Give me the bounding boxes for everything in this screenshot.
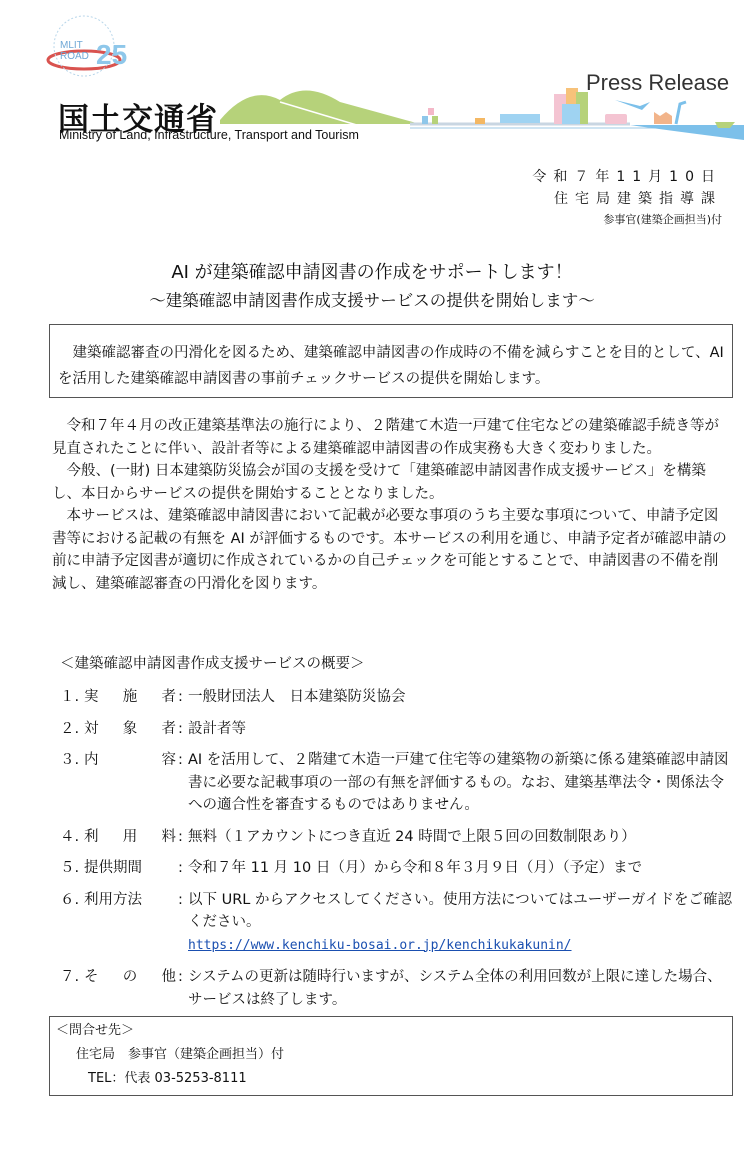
body-paragraph: 今般、(一財) 日本建築防災協会が国の支援を受けて「建築確認申請図書作成支援サー… — [52, 460, 732, 505]
overview-list: １. 実施者 : 一般財団法人 日本建築防災協会 ２. 対象者 : 設計者等 ３… — [60, 686, 735, 1020]
release-meta: 令和７年11月10日 住宅局建築指導課 参事官(建築企画担当)付 — [532, 166, 722, 230]
item-value: 令和７年 11 月 10 日（月）から令和８年３月９日（月）（予定）まで — [188, 857, 735, 880]
body-text: 令和７年４月の改正建築基準法の施行により、２階建て木造一戸建て住宅などの建築確認… — [52, 415, 732, 595]
item-label: 対象者 — [84, 718, 178, 741]
item-label: 内容 — [84, 749, 178, 817]
overview-item-content: ３. 内容 : AI を活用して、２階建て木造一戸建て住宅等の建築物の新築に係る… — [60, 749, 735, 817]
item-number: ６. — [60, 889, 84, 958]
summary-text: 建築確認審査の円滑化を図るため、建築確認申請図書の作成時の不備を減らすことを目的… — [58, 340, 724, 392]
overview-item-period: ５. 提供期間 : 令和７年 11 月 10 日（月）から令和８年３月９日（月）… — [60, 857, 735, 880]
item-value: AI を活用して、２階建て木造一戸建て住宅等の建築物の新築に係る建築確認申請図書… — [188, 749, 735, 817]
body-paragraph: 本サービスは、建築確認申請図書において記載が必要な事項のうち主要な事項について、… — [52, 505, 732, 595]
item-value: 無料（１アカウントにつき直近 24 時間で上限５回の回数制限あり） — [188, 826, 735, 849]
contact-phone: TEL：代表 03-5253-8111 — [56, 1067, 726, 1091]
overview-heading: ＜建築確認申請図書作成支援サービスの概要＞ — [60, 652, 365, 673]
item-label: 実施者 — [84, 686, 178, 709]
svg-text:MLIT: MLIT — [60, 40, 83, 51]
item-number: ２. — [60, 718, 84, 741]
item-number: ７. — [60, 966, 84, 1011]
service-url-link[interactable]: https://www.kenchiku-bosai.or.jp/kenchik… — [188, 938, 572, 953]
item-label: その他 — [84, 966, 178, 1011]
page-subtitle: ～建築確認申請図書作成支援サービスの提供を開始します～ — [0, 287, 744, 311]
item-label: 提供期間 — [84, 857, 178, 880]
contact-department: 住宅局 参事官（建築企画担当）付 — [56, 1043, 726, 1067]
svg-text:ROAD: ROAD — [60, 51, 89, 62]
summary-box: 建築確認審査の円滑化を図るため、建築確認申請図書の作成時の不備を減らすことを目的… — [49, 324, 733, 398]
item-number: ４. — [60, 826, 84, 849]
item-number: ３. — [60, 749, 84, 817]
item-label: 利用料 — [84, 826, 178, 849]
contact-box: ＜問合せ先＞ 住宅局 参事官（建築企画担当）付 TEL：代表 03-5253-8… — [49, 1016, 733, 1096]
page-title: AI が建築確認申請図書の作成をサポートします！ — [0, 258, 744, 284]
press-release-label: Press Release — [586, 70, 729, 96]
item-value: 設計者等 — [188, 718, 735, 741]
item-value: システムの更新は随時行いますが、システム全体の利用回数が上限に達した場合、サービ… — [188, 966, 735, 1011]
body-paragraph: 令和７年４月の改正建築基準法の施行により、２階建て木造一戸建て住宅などの建築確認… — [52, 415, 732, 460]
overview-item-implementer: １. 実施者 : 一般財団法人 日本建築防災協会 — [60, 686, 735, 709]
item-value: 一般財団法人 日本建築防災協会 — [188, 686, 735, 709]
overview-item-usage: ６. 利用方法 : 以下 URL からアクセスしてください。使用方法についてはユ… — [60, 889, 735, 958]
release-date: 令和７年11月10日 — [532, 166, 722, 188]
overview-item-other: ７. その他 : システムの更新は随時行いますが、システム全体の利用回数が上限に… — [60, 966, 735, 1011]
issuing-bureau: 住宅局建築指導課 — [532, 188, 722, 210]
overview-item-target: ２. 対象者 : 設計者等 — [60, 718, 735, 741]
item-value: 以下 URL からアクセスしてください。使用方法についてはユーザーガイドをご確認… — [188, 889, 735, 958]
item-number: １. — [60, 686, 84, 709]
issuing-office: 参事官(建築企画担当)付 — [532, 210, 722, 230]
item-number: ５. — [60, 857, 84, 880]
svg-text:25: 25 — [96, 39, 127, 70]
mlit-25-logo: MLIT ROAD 25 — [44, 12, 128, 82]
contact-heading: ＜問合せ先＞ — [56, 1019, 726, 1043]
item-label: 利用方法 — [84, 889, 178, 958]
overview-item-fee: ４. 利用料 : 無料（１アカウントにつき直近 24 時間で上限５回の回数制限あ… — [60, 826, 735, 849]
